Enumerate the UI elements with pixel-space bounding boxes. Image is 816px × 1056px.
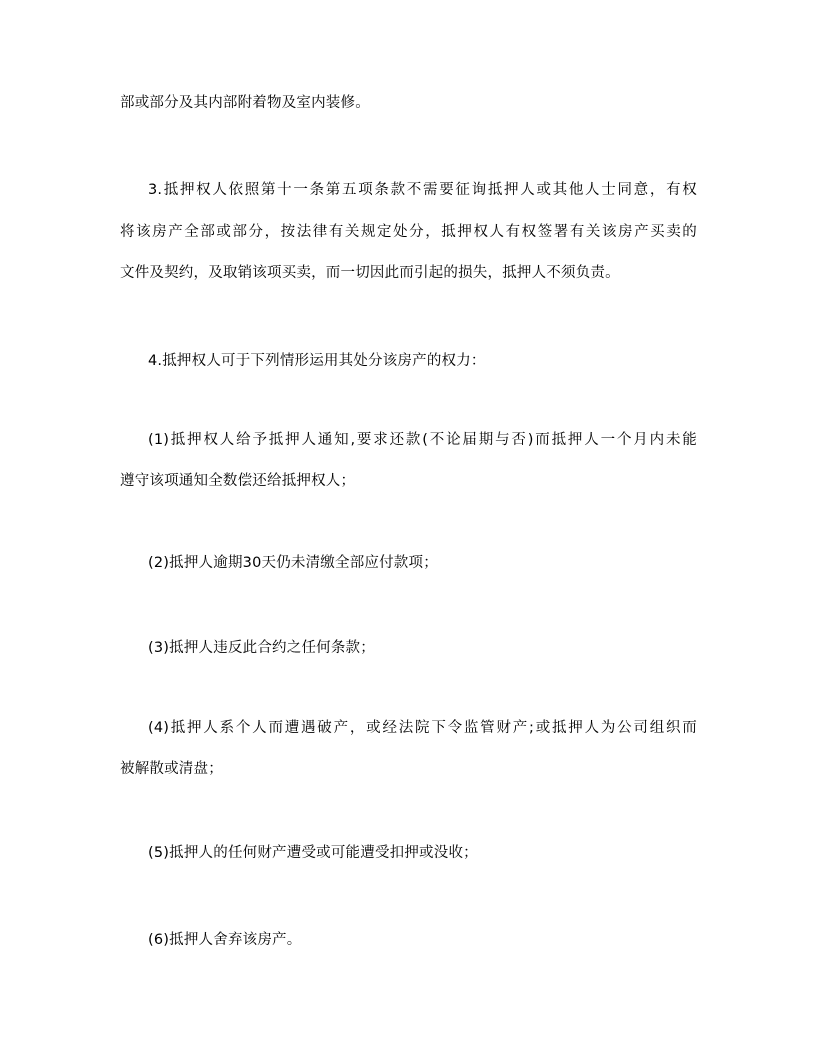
clause-3-line-2: 将该房产全部或部分，按法律有关规定处分，抵押权人有权签署有关该房产买卖的 xyxy=(120,222,697,242)
item-1-line-2: 遵守该项通知全数偿还给抵押权人； xyxy=(120,471,700,491)
item-3: (3)抵押人违反此合约之任何条款； xyxy=(148,638,728,658)
clause-3-line-3: 文件及契约，及取销该项买卖，而一切因此而引起的损失，抵押人不须负责。 xyxy=(120,263,700,283)
text-line-continuation: 部或部分及其内部附着物及室内装修。 xyxy=(120,93,700,113)
item-6: (6)抵押人舍弃该房产。 xyxy=(148,930,728,950)
item-4-line-1: (4)抵押人系个人而遭遇破产，或经法院下令监管财产;或抵押人为公司组织而 xyxy=(148,718,697,738)
item-1-line-1: (1)抵押权人给予抵押人通知,要求还款(不论届期与否)而抵押人一个月内未能 xyxy=(148,430,697,450)
item-2: (2)抵押人逾期30天仍未清缴全部应付款项； xyxy=(148,553,728,573)
item-5: (5)抵押人的任何财产遭受或可能遭受扣押或没收； xyxy=(148,843,728,863)
clause-3-line-1: 3.抵押权人依照第十一条第五项条款不需要征询抵押人或其他人士同意，有权 xyxy=(148,180,697,200)
item-4-line-2: 被解散或清盘； xyxy=(120,759,700,779)
clause-4-heading: 4.抵押权人可于下列情形运用其处分该房产的权力： xyxy=(148,351,728,371)
